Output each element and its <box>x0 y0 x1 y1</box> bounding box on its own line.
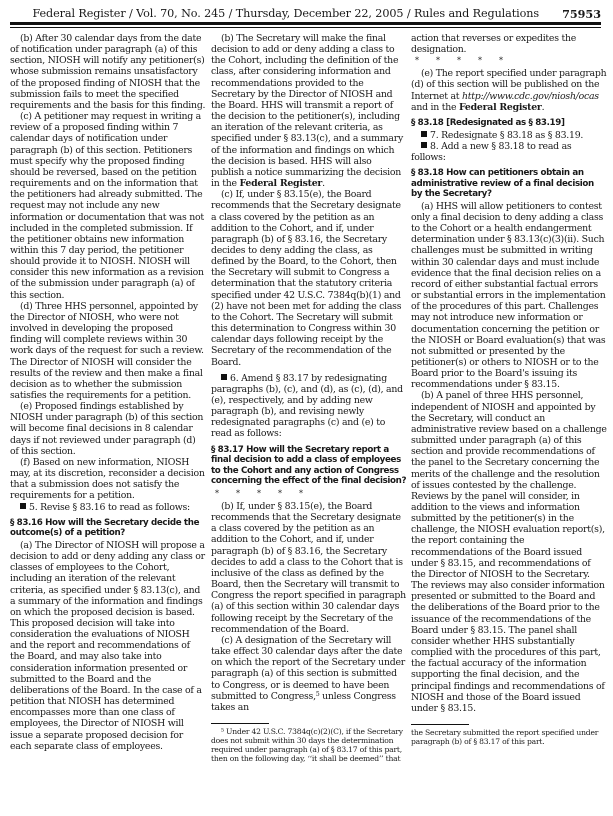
omission-stars: * * * * * <box>411 55 607 68</box>
paragraph-83-17-c: (c) A designation of the Secretary will … <box>211 635 407 713</box>
star: * <box>478 57 482 65</box>
paragraph-text: (b) The Secretary will make the final de… <box>211 33 403 189</box>
header-rule-thin <box>10 27 601 28</box>
paragraph-83-18-a: (a) HHS will allow petitioners to contes… <box>411 201 607 391</box>
footnote-rule <box>411 724 469 725</box>
footnote-5-continued: the Secretary submitted the report speci… <box>411 729 607 747</box>
section-83-16-heading: § 83.16 How will the Secretary decide th… <box>10 518 206 539</box>
paragraph-text: . <box>322 178 325 189</box>
amendment-8-text: 8. Add a new § 83.18 to read as follows: <box>411 141 571 163</box>
running-head-title: Federal Register / Vol. 70, No. 245 / Th… <box>32 7 539 20</box>
paragraph-83-16-b: (b) The Secretary will make the final de… <box>211 33 407 189</box>
amendment-5-text: 5. Revise § 83.16 to read as follows: <box>29 502 190 513</box>
star: * <box>415 57 419 65</box>
amendment-7-text: 7. Redesignate § 83.18 as § 83.19. <box>430 130 583 141</box>
amendment-7: 7. Redesignate § 83.18 as § 83.19. <box>411 130 607 141</box>
amendment-bullet-icon <box>20 503 26 509</box>
star: * <box>215 490 219 498</box>
paragraph-text: and in the <box>411 102 459 113</box>
paragraph-83-15-b: (b) After 30 calendar days from the date… <box>10 33 206 111</box>
paragraph-83-15-d: (d) Three HHS personnel, appointed by th… <box>10 301 206 401</box>
federal-register-page: Federal Register / Vol. 70, No. 245 / Th… <box>0 0 613 816</box>
paragraph-83-17-e: (e) The report specified under paragraph… <box>411 68 607 113</box>
page-header: Federal Register / Vol. 70, No. 245 / Th… <box>10 4 601 24</box>
section-83-18-redesignated-heading: § 83.18 [Redesignated as § 83.19] <box>411 118 607 129</box>
paragraph-83-15-c: (c) A petitioner may request in writing … <box>10 111 206 301</box>
star: * <box>257 490 261 498</box>
paragraph-83-17-b: (b) If, under § 83.15(e), the Board reco… <box>211 501 407 635</box>
header-rule-thick <box>10 22 601 25</box>
star: * <box>457 57 461 65</box>
paragraph-83-17-c-continued: action that reverses or expedites the de… <box>411 33 607 55</box>
amendment-bullet-icon <box>421 131 427 137</box>
amendment-5: 5. Revise § 83.16 to read as follows: <box>10 502 206 513</box>
federal-register-ref: Federal Register <box>459 102 542 113</box>
paragraph-83-16-a: (a) The Director of NIOSH will propose a… <box>10 540 206 752</box>
amendment-8: 8. Add a new § 83.18 to read as follows: <box>411 141 607 163</box>
paragraph-text: . <box>542 102 545 113</box>
star: * <box>499 57 503 65</box>
section-83-17-heading: § 83.17 How will the Secretary report a … <box>211 445 407 487</box>
federal-register-ref: Federal Register <box>240 178 323 189</box>
amendment-6-text: 6. Amend § 83.17 by redesignating paragr… <box>211 373 403 440</box>
footnote-rule <box>211 723 269 724</box>
column-2: (b) The Secretary will make the final de… <box>211 33 407 764</box>
star: * <box>278 490 282 498</box>
star: * <box>436 57 440 65</box>
paragraph-83-18-b: (b) A panel of three HHS personnel, inde… <box>411 390 607 714</box>
paragraph-83-16-c: (c) If, under § 83.15(e), the Board reco… <box>211 189 407 368</box>
section-83-18-heading: § 83.18 How can petitioners obtain an ad… <box>411 168 607 200</box>
footnote-5: ⁵ Under 42 U.S.C. 7384q(c)(2)(C), if the… <box>211 728 407 764</box>
paragraph-83-15-e: (e) Proposed findings established by NIO… <box>10 401 206 457</box>
star: * <box>299 490 303 498</box>
page-number: 75953 <box>562 7 601 21</box>
amendment-bullet-icon <box>221 374 227 380</box>
star: * <box>236 490 240 498</box>
omission-stars: * * * * * <box>211 488 407 501</box>
amendment-6: 6. Amend § 83.17 by redesignating paragr… <box>211 373 407 440</box>
ocas-url-link[interactable]: http://www.cdc.gov/niosh/ocas <box>462 91 599 102</box>
amendment-bullet-icon <box>421 142 427 148</box>
paragraph-83-15-f: (f) Based on new information, NIOSH may,… <box>10 457 206 502</box>
column-3: action that reverses or expedites the de… <box>411 33 607 747</box>
column-1: (b) After 30 calendar days from the date… <box>10 33 206 752</box>
